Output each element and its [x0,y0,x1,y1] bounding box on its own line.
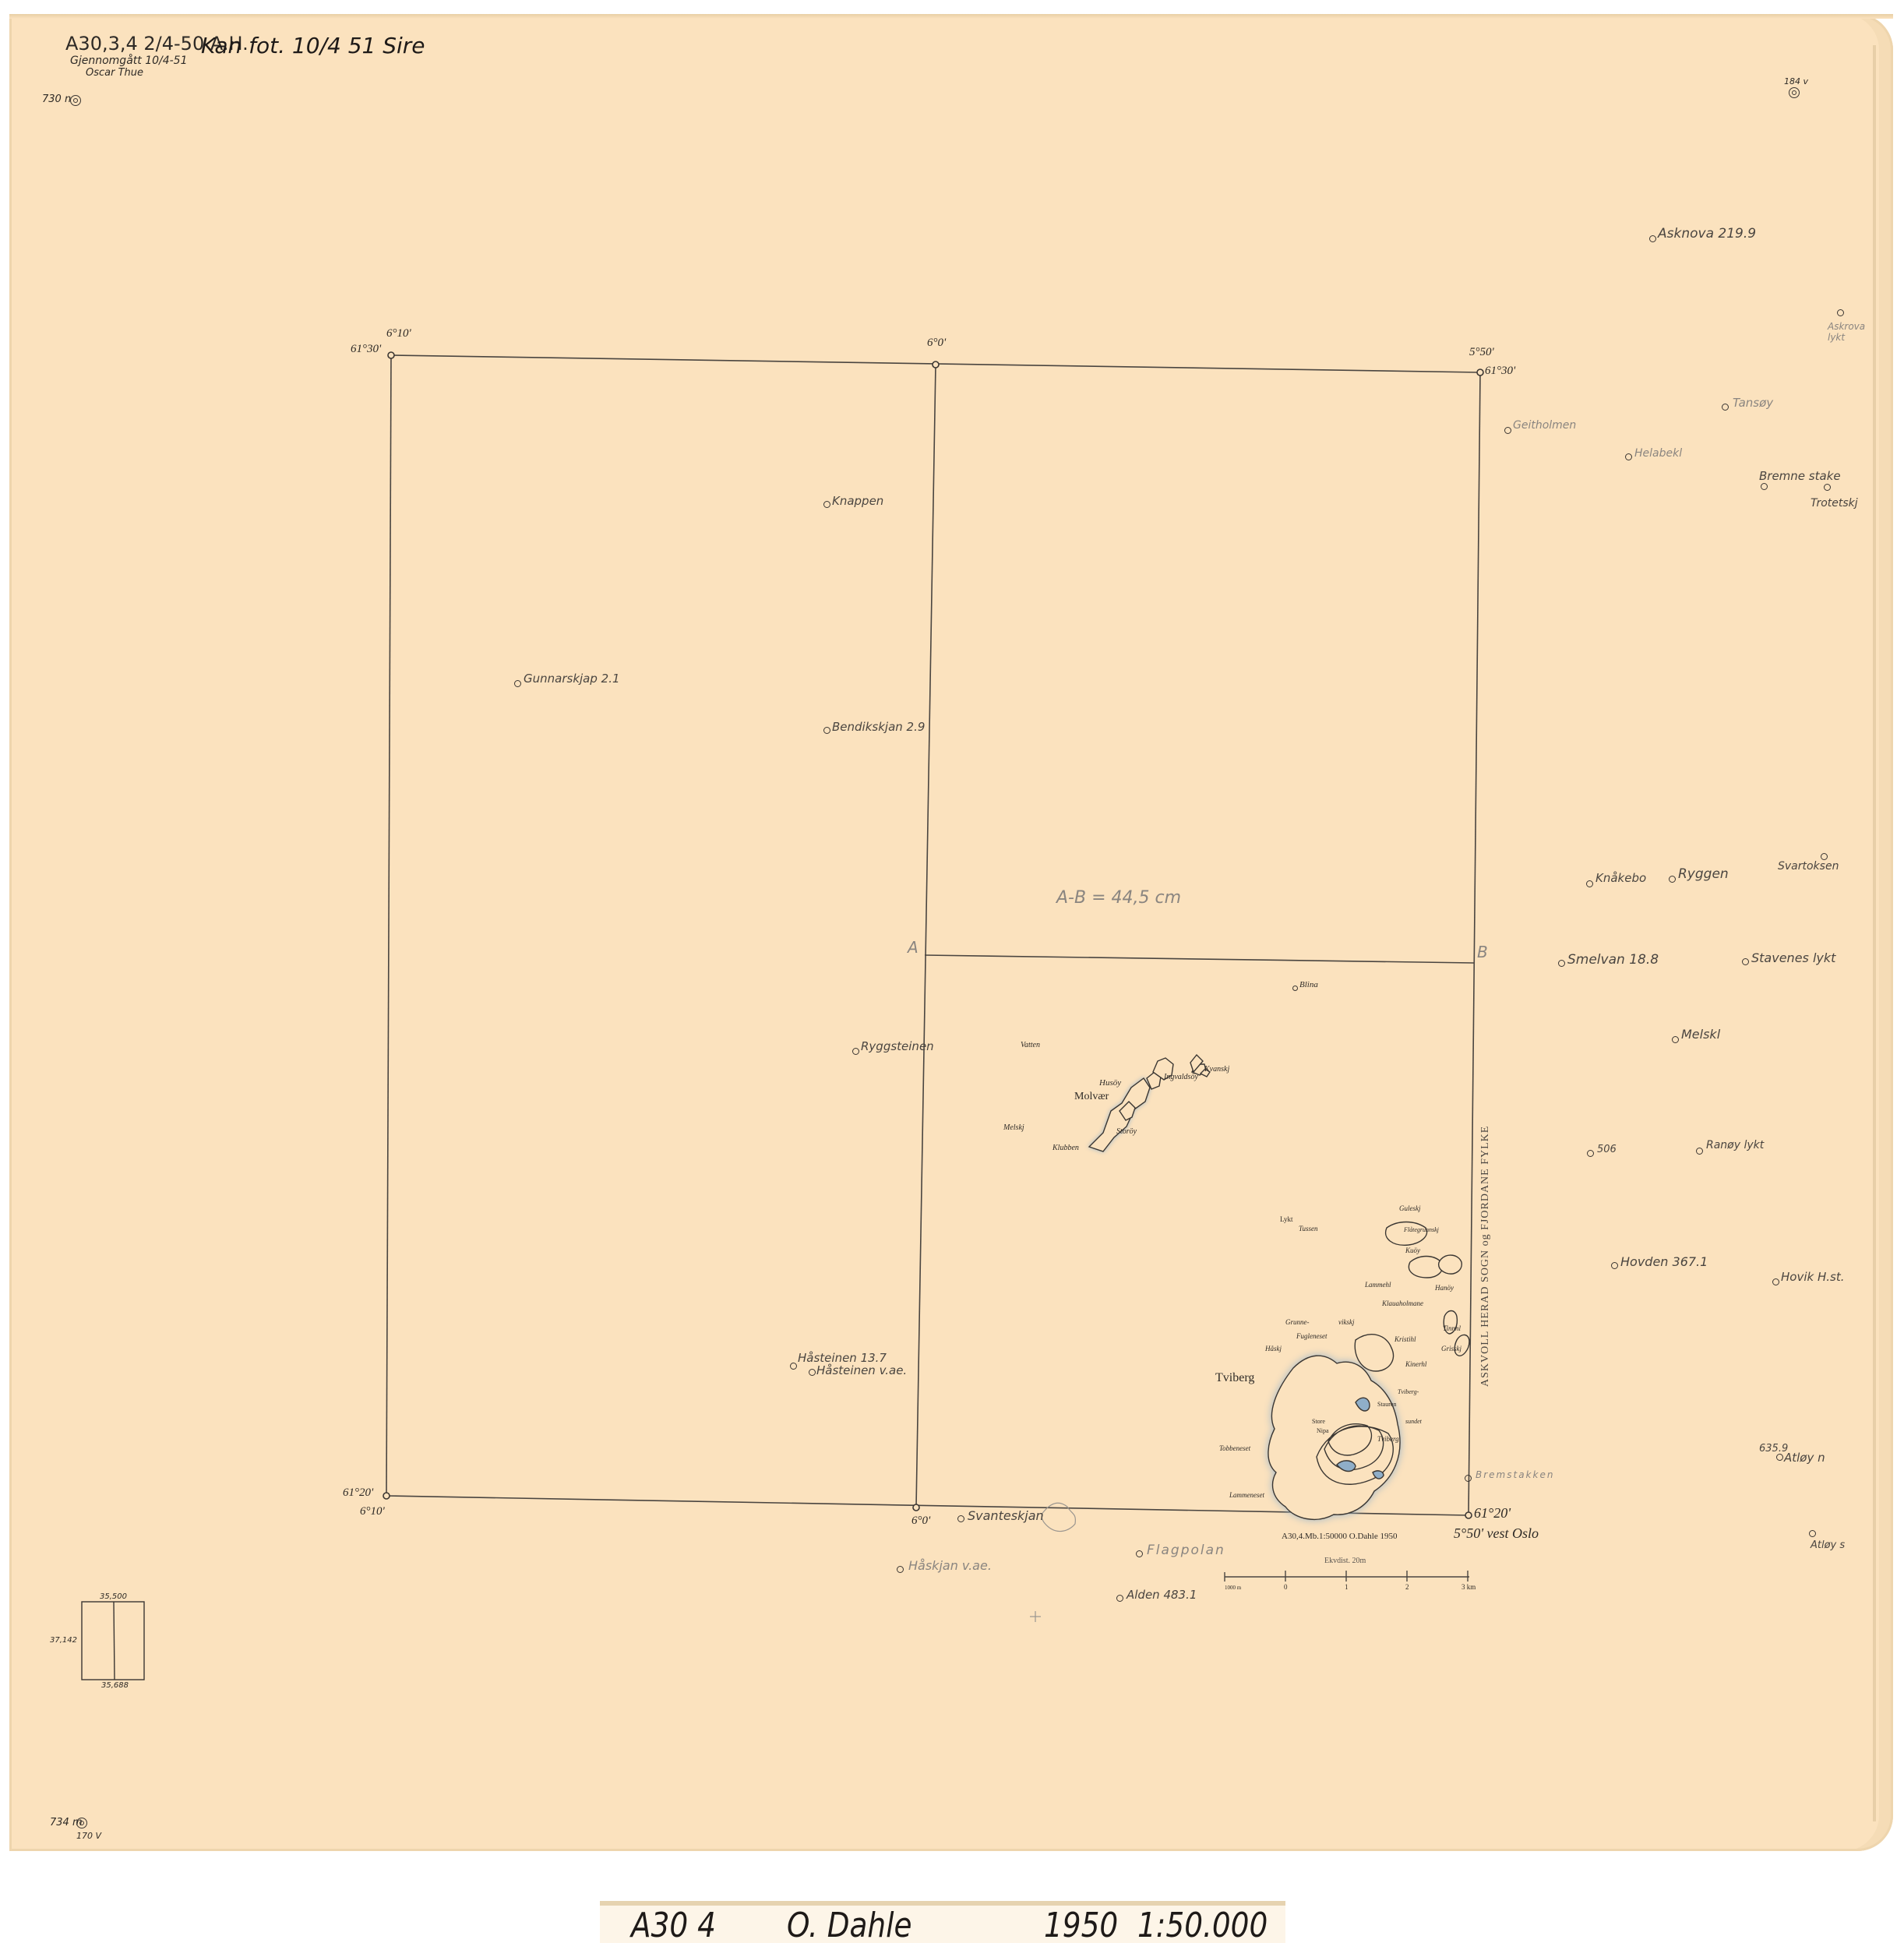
grid-node-nw [388,352,394,358]
point-label: Atløy s [1811,1539,1845,1551]
survey-point-icon [1116,1595,1123,1602]
header-note-right: Kan fot. 10/4 51 Sire [201,33,425,58]
grid-lon-top-mid: 6°0' [927,337,946,350]
point-label: Svanteskjan [968,1508,1044,1523]
point-label: Atløy n [1784,1451,1825,1465]
bullseye-marker-icon [70,95,81,106]
sheet-label-strip: A30 4 O. Dahle 1950 1:50.000 [600,1901,1285,1943]
survey-point-icon [1611,1262,1618,1269]
survey-point-icon [1742,958,1749,965]
survey-point-icon [823,501,830,508]
point-a-label: A [908,938,919,957]
inset-bottom-value: 35,688 [101,1681,129,1690]
grid-lon-top-right: 5°50' [1469,346,1494,359]
point-label: Trotetskj [1811,497,1858,510]
survey-point-icon [1824,484,1831,491]
place-label: Klauaholmane [1382,1299,1423,1307]
point-label: Alden 483.1 [1127,1588,1197,1602]
place-label: Storöy [1116,1127,1137,1136]
strip-scale: 1:50.000 [1137,1906,1268,1943]
inset-left-value: 37,142 [50,1636,77,1645]
strip-sheet-id: A30 4 [631,1906,716,1943]
survey-point-icon [1821,853,1828,860]
place-label: Vatten [1021,1041,1040,1049]
survey-point-icon [957,1515,964,1522]
place-label: Håskj [1265,1345,1282,1352]
place-label: Nipa [1317,1427,1329,1434]
point-label: Håskjan v.ae. [908,1558,992,1573]
point-label: Gunnarskjap 2.1 [524,672,620,686]
place-label: Kristihl [1395,1335,1416,1343]
place-label: Kvanskj [1204,1065,1229,1074]
grid-lon-top-left: 6°10' [386,327,411,340]
bullseye-marker-icon [1789,87,1800,98]
place-label: Tviberg [1377,1435,1399,1443]
map-imprint: A30,4.Mb.1:50000 O.Dahle 1950 [1282,1532,1398,1541]
point-label: Bendikskjan 2.9 [832,720,925,734]
place-label: Tussen [1299,1225,1318,1232]
place-label: vikskj [1338,1318,1355,1326]
point-label: Geitholmen [1513,419,1576,432]
point-label: Svartoksen [1778,860,1839,873]
survey-point-icon [1669,876,1676,883]
survey-point-icon [1837,309,1844,316]
place-label-major: Tviberg [1215,1371,1254,1385]
point-label: Asknova 219.9 [1658,226,1756,242]
place-label: Guleskj [1399,1204,1421,1212]
grid-lat-br: 61°20' [1474,1505,1511,1522]
survey-point-icon [852,1048,859,1055]
point-label: Stavenes lykt [1751,950,1835,965]
place-label: Tinnhl [1443,1324,1461,1332]
survey-point-icon [1504,427,1511,434]
survey-point-icon [1465,1475,1472,1482]
rock-marker-icon [1292,986,1298,991]
ab-measure-note: A-B = 44,5 cm [1056,888,1181,908]
survey-point-icon [1558,960,1565,967]
survey-point-icon [1776,1454,1783,1461]
point-label: Helabekl [1634,447,1682,460]
survey-point-icon [1625,453,1632,460]
survey-point-icon [1809,1530,1816,1537]
header-note-line3: Oscar Thue [86,67,143,79]
place-label: sundet [1405,1418,1422,1425]
point-label: Tansøy [1733,396,1773,410]
grid-lat-tl: 61°30' [351,343,381,356]
corner-value-tl: 730 n [42,93,71,105]
point-label: Melskl [1681,1027,1720,1042]
strip-year: 1950 [1044,1906,1118,1943]
survey-point-icon [1696,1148,1703,1155]
place-label: Husöy [1099,1078,1121,1088]
point-label: Hovik H.st. [1781,1270,1844,1284]
survey-point-icon [1722,404,1729,411]
grid-lon-bottom-mid: 6°0' [911,1515,930,1528]
point-label: 506 [1597,1144,1617,1155]
point-label: Flagpolan [1147,1543,1225,1558]
place-label: Flåtegrunnskj [1404,1226,1439,1233]
place-label: Tobbeneset [1219,1444,1250,1452]
scale-bar-tick: 1 [1345,1583,1349,1591]
header-note-line2: Gjennomgått 10/4-51 [70,55,188,67]
place-label: Klubben [1052,1144,1079,1152]
place-label: Grisskj [1441,1345,1461,1352]
corner-value-tr: 184 v [1784,76,1808,86]
place-label: Fugleneset [1296,1332,1328,1340]
survey-point-icon [514,680,521,687]
corner-value-bl-sub: 170 V [76,1831,101,1841]
grid-lon-bottom-right: 5°50' vest Oslo [1454,1525,1539,1542]
place-label-major: Molvær [1074,1091,1109,1103]
point-label: Håsteinen v.ae. [816,1363,907,1377]
point-label: Smelvan 18.8 [1567,952,1659,968]
survey-point-icon [823,727,830,734]
point-label: Bremstakken [1476,1469,1554,1480]
point-b-label: B [1477,943,1488,961]
scale-bar-tick: 0 [1284,1583,1288,1591]
contour-interval: Ekvdist. 20m [1324,1557,1366,1565]
scale-bar-tick: 2 [1405,1583,1409,1591]
point-label: Askrova lykt [1828,321,1867,343]
place-label: Kinerhl [1405,1360,1426,1368]
survey-point-icon [1761,483,1768,490]
point-label: Ryggen [1678,866,1729,882]
place-label: Tviberg- [1398,1388,1419,1395]
place-label: Lammehl [1365,1281,1391,1289]
place-label: Blina [1299,980,1318,989]
bullseye-marker-icon [76,1818,87,1828]
point-label: Ryggsteinen [861,1039,934,1053]
scale-bar-tick: 3 km [1461,1583,1476,1591]
place-label: Stauren [1377,1401,1396,1408]
point-label: Hovden 367.1 [1620,1254,1708,1269]
survey-point-icon [897,1566,904,1573]
point-label: Ranøy lykt [1706,1139,1764,1151]
survey-point-icon [790,1363,797,1370]
place-label: Store [1312,1418,1325,1425]
survey-point-icon [1586,880,1593,887]
map-linework [0,0,1904,1943]
survey-point-icon [1587,1150,1594,1157]
place-label: Hanöy [1435,1284,1454,1292]
survey-point-icon [1136,1550,1143,1557]
place-label: Melskj [1003,1123,1024,1132]
scale-bar-left-label: 1000 m [1225,1585,1241,1591]
place-label: Grunne- [1285,1318,1310,1326]
point-label: Knåkebo [1595,871,1646,885]
survey-point-icon [1772,1278,1779,1285]
survey-point-icon [809,1369,816,1376]
survey-point-icon [1649,235,1656,242]
place-label: Lykt [1280,1215,1293,1223]
grid-lat-tr: 61°30' [1485,365,1515,378]
place-label: Lammeneset [1229,1491,1264,1499]
place-label: Ingvaldsöy [1164,1073,1198,1081]
inset-top-value: 35,500 [100,1592,127,1601]
survey-point-icon [1672,1036,1679,1043]
grid-lat-bl: 61°20' [343,1486,373,1500]
point-label: Bremne stake [1759,469,1841,483]
strip-author: O. Dahle [787,1906,912,1943]
grid-lon-bottom-left: 6°10' [360,1505,385,1518]
municipal-boundary-label: ASKVOLL HERAD SOGN og FJORDANE FYLKE [1479,1126,1492,1387]
place-label: Kuöy [1405,1247,1420,1254]
point-label: Knappen [832,494,883,508]
